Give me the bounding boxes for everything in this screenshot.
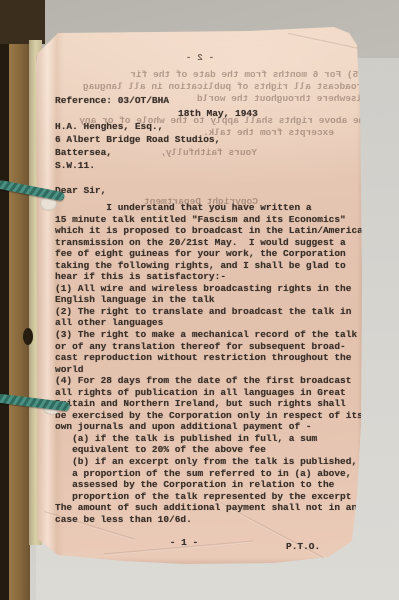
body-line: case be less than 10/6d.	[55, 514, 367, 526]
address-line: S.W.11.	[55, 160, 220, 173]
body-line: be exercised by the Corporation only in …	[55, 410, 367, 422]
body-line: I understand that you have written a	[55, 202, 367, 214]
body-line: 15 minute talk entitled "Fascism and its…	[55, 214, 367, 226]
binder-wood-corner	[0, 0, 45, 44]
body-line: transmission on the 20/21st May. I would…	[55, 237, 367, 249]
binder-wood-bar	[9, 0, 30, 600]
body-line: hear if this is satisfactory:-	[55, 271, 367, 283]
binding-hole	[23, 328, 33, 345]
address-line: 6 Albert Bridge Road Studios,	[55, 134, 220, 147]
binder-edge-dark	[0, 0, 9, 600]
body-line: (3) The right to make a mechanical recor…	[55, 329, 367, 341]
body-line: a proportion of the sum referred to in (…	[55, 468, 367, 480]
letter-page: - 2 - (5) For 6 months from the date of …	[34, 25, 366, 567]
bleedthrough-line: broadcast all rights of publication in a…	[38, 81, 368, 93]
body-line: (a) if the talk is published in full, a …	[55, 433, 367, 445]
body-line: own journals and upon additional payment…	[55, 421, 367, 433]
body-line: (2) The right to translate and broadcast…	[55, 306, 367, 318]
body-line: (b) if an excerpt only from the talk is …	[55, 456, 367, 468]
body-line: (1) All wire and wireless broadcasting r…	[55, 283, 367, 295]
photo-scene: - 2 - (5) For 6 months from the date of …	[0, 0, 399, 600]
pto-note: P.T.O.	[286, 541, 320, 553]
body-line: fee of eight guineas for your work, the …	[55, 248, 367, 260]
body-line: The amount of such additional payment sh…	[55, 502, 367, 514]
reference-line: Reference: 03/OT/BHA	[55, 95, 169, 107]
body-line: or of any translation thereof for subseq…	[55, 341, 367, 353]
letter-body: I understand that you have written a15 m…	[55, 202, 367, 525]
recipient-address: H.A. Henghes, Esq.,6 Albert Bridge Road …	[55, 121, 220, 173]
address-line: Battersea,	[55, 147, 220, 160]
body-line: (4) For 28 days from the date of the fir…	[55, 375, 367, 387]
body-line: proportion of the talk represented by th…	[55, 491, 367, 503]
body-line: assessed by the Corporation in relation …	[55, 479, 367, 491]
body-line: all other languages	[55, 317, 367, 329]
page-number: - 1 -	[144, 537, 224, 549]
body-line: cast reproduction without restriction th…	[55, 352, 367, 364]
body-line: all rights of publication in all languag…	[55, 387, 367, 399]
date-line: 18th May, 1943	[178, 108, 258, 120]
body-line: world	[55, 364, 367, 376]
body-line: English language in the talk	[55, 294, 367, 306]
body-line: which it is proposed to broadcast in the…	[55, 225, 367, 237]
bleedthrough-line: (5) For 6 months from the date of the fi…	[64, 69, 364, 81]
address-line: H.A. Henghes, Esq.,	[55, 121, 220, 134]
body-line: equivalent to 20% of the above fee	[55, 444, 367, 456]
body-line: Britain and Northern Ireland, but such r…	[55, 398, 367, 410]
body-line: taking the following rights, and I shall…	[55, 260, 367, 272]
